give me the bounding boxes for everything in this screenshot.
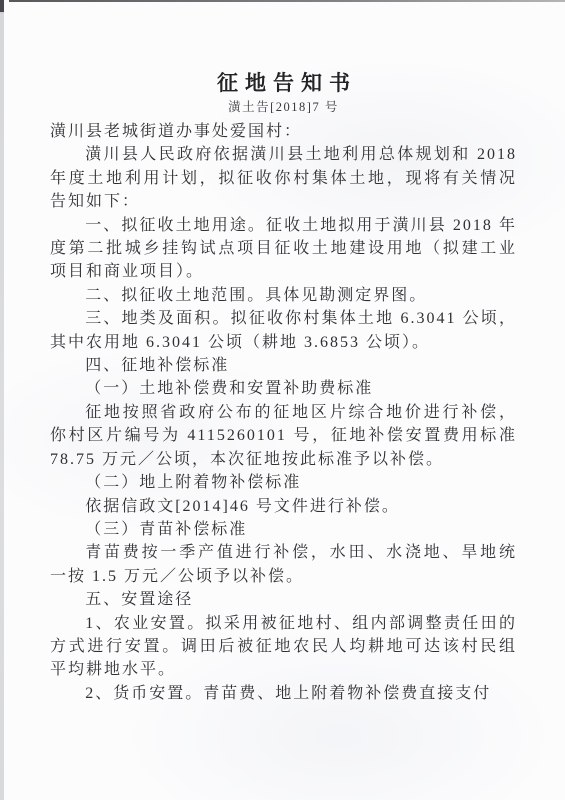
doc-paragraph-resettle-agriculture: 1、农业安置。拟采用被征地村、组内部调整责任田的方式进行安置。调田后被征地农民人… (50, 612, 517, 682)
doc-paragraph-resettle-monetary: 2、货币安置。青苗费、地上附着物补偿费直接支付 (50, 682, 517, 705)
doc-paragraph-item1-land-use: 一、拟征收土地用途。征收土地拟用于潢川县 2018 年度第二批城乡挂钩试点项目征… (50, 214, 517, 284)
document-body: 潢川县老城街道办事处爱国村： 潢川县人民政府依据潢川县土地利用总体规划和 201… (50, 120, 517, 705)
scanned-document-page: 征地告知书 潢土告[2018]7 号 潢川县老城街道办事处爱国村： 潢川县人民政… (0, 0, 565, 800)
doc-paragraph-sub2-heading: （二）地上附着物补偿标准 (50, 471, 517, 494)
doc-paragraph-intro: 潢川县人民政府依据潢川县土地利用总体规划和 2018 年度土地利用计划，拟征收你… (50, 143, 517, 213)
document-number: 潢土告[2018]7 号 (50, 99, 517, 116)
doc-paragraph-sub3-detail: 青苗费按一季产值进行补偿，水田、水浇地、旱地统一按 1.5 万元／公顷予以补偿。 (50, 541, 517, 588)
document-content: 征地告知书 潢土告[2018]7 号 潢川县老城街道办事处爱国村： 潢川县人民政… (50, 70, 517, 705)
doc-paragraph-sub2-detail: 依据信政文[2014]46 号文件进行补偿。 (50, 495, 517, 518)
doc-paragraph-item2-scope: 二、拟征收土地范围。具体见勘测定界图。 (50, 284, 517, 307)
doc-paragraph-sub3-heading: （三）青苗补偿标准 (50, 518, 517, 541)
scan-corner-mark (0, 0, 4, 12)
doc-paragraph-item4-compensation: 四、征地补偿标准 (50, 354, 517, 377)
scan-edge-left (0, 0, 4, 800)
doc-paragraph-item3-area: 三、地类及面积。拟征收你村集体土地 6.3041 公顷，其中农用地 6.3041… (50, 307, 517, 354)
doc-paragraph-sub1-detail: 征地按照省政府公布的征地区片综合地价进行补偿，你村区片编号为 411526010… (50, 401, 517, 471)
scan-edge-top (9, 0, 565, 2)
document-title: 征地告知书 (50, 70, 517, 96)
doc-paragraph-item5-resettlement: 五、安置途径 (50, 588, 517, 611)
doc-paragraph-sub1-heading: （一）土地补偿费和安置补助费标准 (50, 377, 517, 400)
salutation-line: 潢川县老城街道办事处爱国村： (50, 120, 517, 143)
